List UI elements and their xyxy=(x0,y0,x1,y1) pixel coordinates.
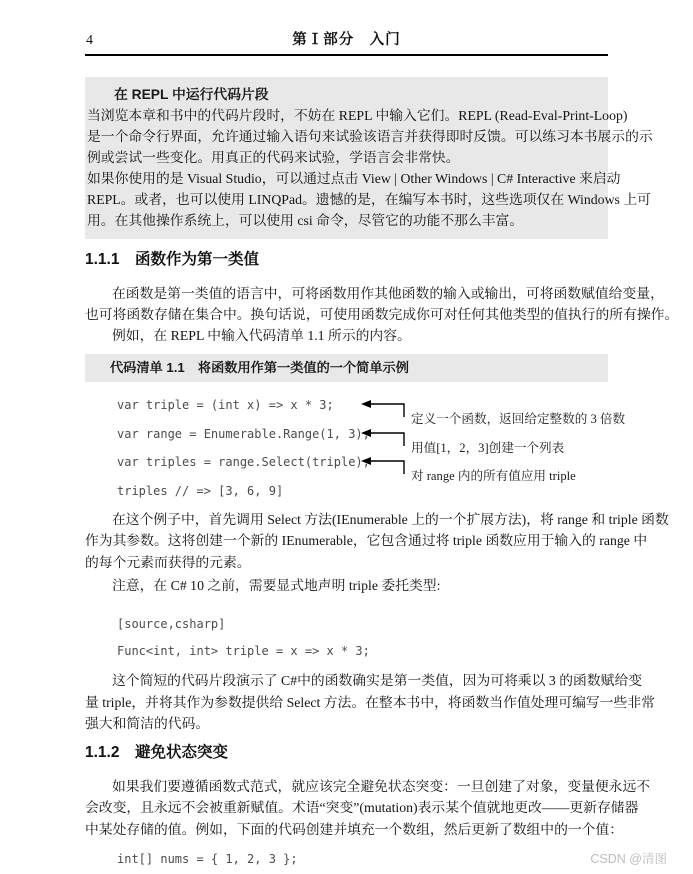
code-row: var triple = (int x) => x * 3; 定义一个函数，返回… xyxy=(85,395,608,424)
callout-arrow-icon xyxy=(361,399,407,418)
code-row: triples // => [3, 6, 9] xyxy=(85,481,608,507)
page-header: 4 第Ⅰ部分 入门 xyxy=(85,0,608,56)
text-line: 用。在其他操作系统上，可以使用 csi 命令，尽管它的功能不那么丰富。 xyxy=(87,210,606,231)
paragraph: 这个简短的代码片段演示了 C#中的函数确实是第一类值，因为可将乘以 3 的函数赋… xyxy=(85,670,608,735)
text-line: 量 triple，并将其作为参数提供给 Select 方法。在整本书中，将函数当… xyxy=(85,692,608,714)
text-line: 当浏览本章和书中的代码片段时，不妨在 REPL 中输入它们。REPL (Read… xyxy=(87,105,606,126)
text-line: 例如，在 REPL 中输入代码清单 1.1 所示的内容。 xyxy=(85,325,608,346)
paragraph: 在这个例子中，首先调用 Select 方法(IEnumerable 上的一个扩展… xyxy=(85,509,608,574)
text-line: 如果你使用的是 Visual Studio，可以通过点击 View | Othe… xyxy=(87,168,606,189)
text-line: 会改变，且永远不会被重新赋值。术语“突变”(mutation)表示某个值就地更改… xyxy=(85,797,608,819)
code-text: var triples = range.Select(triple); xyxy=(117,455,370,469)
listing-caption-bar: 代码清单 1.1 将函数用作第一类值的一个简单示例 xyxy=(85,354,608,382)
text-line: 注意，在 C# 10 之前，需要显式地声明 triple 委托类型: xyxy=(85,575,608,596)
section-heading-1-1-2: 1.1.2 避免状态突变 xyxy=(85,744,608,761)
code-row: var range = Enumerable.Range(1, 3); 用值[1… xyxy=(85,424,608,453)
inline-code-block: [source,csharp] Func<int, int> triple = … xyxy=(85,611,608,665)
book-page: 4 第Ⅰ部分 入门 在 REPL 中运行代码片段 当浏览本章和书中的代码片段时，… xyxy=(0,0,693,874)
section-heading-1-1-1: 1.1.1 函数作为第一类值 xyxy=(85,251,608,268)
code-listing: var triple = (int x) => x * 3; 定义一个函数，返回… xyxy=(85,395,608,507)
code-text: var triple = (int x) => x * 3; xyxy=(117,398,334,412)
text-line: REPL。或者，也可以使用 LINQPad。遗憾的是，在编写本书时，这些选项仅在… xyxy=(87,189,606,210)
code-line: int[] nums = { 1, 2, 3 }; xyxy=(85,846,608,872)
text-line: 中某处存储的值。例如，下面的代码创建并填充一个数组，然后更新了数组中的一个值： xyxy=(85,819,608,841)
paragraph: 注意，在 C# 10 之前，需要显式地声明 triple 委托类型: xyxy=(85,575,608,596)
code-line: Func<int, int> triple = x => x * 3; xyxy=(85,638,608,665)
paragraph: 在函数是第一类值的语言中，可将函数用作其他函数的输入或输出，可将函数赋值给变量，… xyxy=(85,283,608,346)
inline-code-block: int[] nums = { 1, 2, 3 }; xyxy=(85,846,608,872)
code-text: triples // => [3, 6, 9] xyxy=(117,484,283,498)
text-line: 是一个命令行界面，允许通过输入语句来试验该语言并获得即时反馈。可以练习本书展示的… xyxy=(87,126,606,147)
text-line: 在函数是第一类值的语言中，可将函数用作其他函数的输入或输出，可将函数赋值给变量， xyxy=(85,283,608,304)
page-content: 在 REPL 中运行代码片段 当浏览本章和书中的代码片段时，不妨在 REPL 中… xyxy=(85,56,608,872)
paragraph: 如果我们要遵循函数式范式，就应该完全避免状态突变：一旦创建了对象，变量便永远不 … xyxy=(85,776,608,841)
text-line: 强大和简洁的代码。 xyxy=(85,713,608,735)
code-text: var range = Enumerable.Range(1, 3); xyxy=(117,427,370,441)
text-line: 在这个例子中，首先调用 Select 方法(IEnumerable 上的一个扩展… xyxy=(85,509,608,531)
repl-sidebar-box: 在 REPL 中运行代码片段 当浏览本章和书中的代码片段时，不妨在 REPL 中… xyxy=(85,77,608,239)
callout-arrow-icon xyxy=(361,428,407,447)
text-line: 也可将函数存储在集合中。换句话说，可使用函数完成你可对任何其他类型的值执行的所有… xyxy=(85,304,608,325)
text-line: 这个简短的代码片段演示了 C#中的函数确实是第一类值，因为可将乘以 3 的函数赋… xyxy=(85,670,608,692)
repl-box-title: 在 REPL 中运行代码片段 xyxy=(87,85,606,105)
listing-caption: 代码清单 1.1 将函数用作第一类值的一个简单示例 xyxy=(110,360,409,375)
text-line: 如果我们要遵循函数式范式，就应该完全避免状态突变：一旦创建了对象，变量便永远不 xyxy=(85,776,608,798)
text-line: 例或尝试一些变化。用真正的代码来试验，学语言会非常快。 xyxy=(87,147,606,168)
part-title: 第Ⅰ部分 入门 xyxy=(85,28,608,49)
code-row: var triples = range.Select(triple); 对 ra… xyxy=(85,452,608,481)
watermark: CSDN @清图 xyxy=(590,849,667,867)
text-line: 的每个元素而获得的元素。 xyxy=(85,552,608,574)
callout-arrow-icon xyxy=(361,456,407,475)
code-line: [source,csharp] xyxy=(85,611,608,638)
text-line: 作为其参数。这将创建一个新的 IEnumerable，它包含通过将 triple… xyxy=(85,530,608,552)
